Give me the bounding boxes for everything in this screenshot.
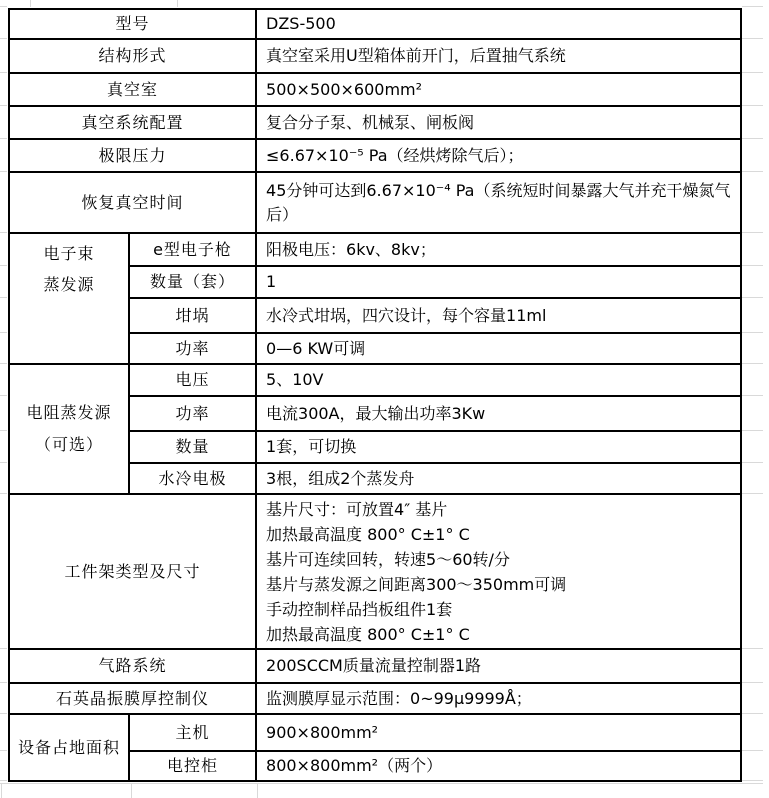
row-recovery-time: 恢复真空时间 45分钟可达到6.67×10⁻⁴ Pa（系统短时间暴露大气并充干燥…	[9, 172, 741, 233]
model-value: DZS-500	[256, 9, 741, 39]
resistance-electrode-label: 水冷电极	[129, 463, 256, 494]
ebeam-group-label-line1: 电子束	[11, 238, 127, 269]
resistance-source-group-label: 电阻蒸发源 （可选）	[9, 364, 129, 494]
gridline-stub	[742, 38, 763, 39]
workholder-value: 基片尺寸：可放置4″ 基片 加热最高温度 800° C±1° C 基片可连续回转…	[256, 494, 741, 649]
gridline-stub	[742, 363, 763, 364]
ebeam-crucible-label: 坩埚	[129, 298, 256, 333]
recovery-time-label: 恢复真空时间	[9, 172, 256, 233]
gridline-stub	[0, 363, 7, 364]
gridline-stub	[742, 297, 763, 298]
ultimate-pressure-value: ≤6.67×10⁻⁵ Pa（经烘烤除气后）；	[256, 139, 741, 172]
gridline-stub	[742, 72, 763, 73]
resistance-power-label: 功率	[129, 396, 256, 431]
gridline-stub	[0, 6, 7, 7]
ultimate-pressure-label: 极限压力	[9, 139, 256, 172]
resistance-voltage-label: 电压	[129, 364, 256, 396]
ebeam-power-value: 0—6 KW可调	[256, 333, 741, 364]
gridline-stub	[742, 682, 763, 683]
thickness-monitor-value: 监测膜厚显示范围：0~99μ9999Å；	[256, 683, 741, 714]
row-ultimate-pressure: 极限压力 ≤6.67×10⁻⁵ Pa（经烘烤除气后）；	[9, 139, 741, 172]
chamber-value: 500×500×600mm²	[256, 73, 741, 106]
gridline-stub	[742, 171, 763, 172]
gridline-stub	[0, 750, 7, 751]
gridline-stub	[742, 265, 763, 266]
recovery-time-value: 45分钟可达到6.67×10⁻⁴ Pa（系统短时间暴露大气并充干燥氮气后）	[256, 172, 741, 233]
gridline-stub	[0, 138, 7, 139]
gridline-stub	[742, 750, 763, 751]
gridline-stub	[0, 462, 7, 463]
gridline-stub	[177, 0, 178, 7]
gridline-stub	[0, 648, 7, 649]
workholder-line-6: 加热最高温度 800° C±1° C	[266, 622, 731, 647]
gas-system-label: 气路系统	[9, 649, 256, 683]
gridline-stub	[131, 783, 132, 798]
gridline-stub	[0, 265, 7, 266]
resistance-group-label-line1: 电阻蒸发源	[11, 397, 127, 429]
gridline-stub	[0, 297, 7, 298]
workholder-line-4: 基片与蒸发源之间距离300～350mm可调	[266, 572, 731, 597]
resistance-quantity-label: 数量	[129, 431, 256, 463]
spec-table: 型号 DZS-500 结构形式 真空室采用U型箱体前开门，后置抽气系统 真空室 …	[8, 8, 742, 782]
footprint-group-label: 设备占地面积	[9, 714, 129, 781]
gridline-stub	[742, 780, 763, 781]
row-resistance-voltage: 电阻蒸发源 （可选） 电压 5、10V	[9, 364, 741, 396]
workholder-label: 工件架类型及尺寸	[9, 494, 256, 649]
thickness-monitor-label: 石英晶振膜厚控制仪	[9, 683, 256, 714]
gridline-stub	[0, 38, 7, 39]
workholder-line-3: 基片可连续回转，转速5～60转/分	[266, 547, 731, 572]
gridline-stub	[30, 0, 31, 7]
gridline-stub	[0, 783, 763, 784]
gridline-stub	[742, 713, 763, 714]
resistance-group-label-line2: （可选）	[11, 429, 127, 461]
footprint-host-value: 900×800mm²	[256, 714, 741, 751]
ebeam-gun-value: 阳极电压：6kv、8kv；	[256, 233, 741, 266]
ebeam-quantity-label: 数量（套）	[129, 266, 256, 298]
gridline-stub	[742, 105, 763, 106]
resistance-electrode-value: 3根，组成2个蒸发舟	[256, 463, 741, 494]
gridline-stub	[0, 332, 7, 333]
gridline-stub	[742, 232, 763, 233]
gridline-stub	[257, 783, 258, 798]
structure-value: 真空室采用U型箱体前开门，后置抽气系统	[256, 39, 741, 73]
gridline-stub	[0, 72, 7, 73]
chamber-label: 真空室	[9, 73, 256, 106]
gridline-stub	[742, 138, 763, 139]
gridline-stub	[742, 648, 763, 649]
row-workholder: 工件架类型及尺寸 基片尺寸：可放置4″ 基片 加热最高温度 800° C±1° …	[9, 494, 741, 649]
ebeam-gun-label: e型电子枪	[129, 233, 256, 266]
ebeam-source-group-label: 电子束 蒸发源	[9, 233, 129, 364]
workholder-line-5: 手动控制样品挡板组件1套	[266, 597, 731, 622]
gridline-stub	[0, 780, 7, 781]
gridline-stub	[0, 493, 7, 494]
row-vacuum-system: 真空系统配置 复合分子泵、机械泵、闸板阀	[9, 106, 741, 139]
gridline-stub	[0, 395, 7, 396]
model-label: 型号	[9, 9, 256, 39]
gridline-stub	[742, 6, 763, 7]
vacuum-system-label: 真空系统配置	[9, 106, 256, 139]
resistance-power-value: 电流300A，最大输出功率3Kw	[256, 396, 741, 431]
row-chamber: 真空室 500×500×600mm²	[9, 73, 741, 106]
ebeam-power-label: 功率	[129, 333, 256, 364]
gridline-stub	[742, 430, 763, 431]
structure-label: 结构形式	[9, 39, 256, 73]
spreadsheet-canvas: 型号 DZS-500 结构形式 真空室采用U型箱体前开门，后置抽气系统 真空室 …	[0, 0, 769, 798]
footprint-cabinet-label: 电控柜	[129, 751, 256, 781]
footprint-host-label: 主机	[129, 714, 256, 751]
row-ebeam-gun: 电子束 蒸发源 e型电子枪 阳极电压：6kv、8kv；	[9, 233, 741, 266]
vacuum-system-value: 复合分子泵、机械泵、闸板阀	[256, 106, 741, 139]
gridline-stub	[742, 493, 763, 494]
row-structure: 结构形式 真空室采用U型箱体前开门，后置抽气系统	[9, 39, 741, 73]
gridline-stub	[0, 713, 7, 714]
gridline-stub	[0, 682, 7, 683]
ebeam-group-label-line2: 蒸发源	[11, 269, 127, 300]
gridline-stub	[742, 462, 763, 463]
gridline-stub	[0, 430, 7, 431]
gridline-stub	[742, 395, 763, 396]
row-footprint-host: 设备占地面积 主机 900×800mm²	[9, 714, 741, 751]
resistance-voltage-value: 5、10V	[256, 364, 741, 396]
gridline-stub	[742, 332, 763, 333]
gridline-stub	[1, 783, 2, 798]
gridline-stub	[0, 232, 7, 233]
row-model: 型号 DZS-500	[9, 9, 741, 39]
ebeam-crucible-value: 水冷式坩埚，四穴设计，每个容量11ml	[256, 298, 741, 333]
workholder-line-2: 加热最高温度 800° C±1° C	[266, 522, 731, 547]
resistance-quantity-value: 1套，可切换	[256, 431, 741, 463]
row-thickness-monitor: 石英晶振膜厚控制仪 监测膜厚显示范围：0~99μ9999Å；	[9, 683, 741, 714]
ebeam-quantity-value: 1	[256, 266, 741, 298]
workholder-line-1: 基片尺寸：可放置4″ 基片	[266, 497, 731, 522]
row-gas-system: 气路系统 200SCCM质量流量控制器1路	[9, 649, 741, 683]
gridline-stub	[0, 171, 7, 172]
gas-system-value: 200SCCM质量流量控制器1路	[256, 649, 741, 683]
gridline-stub	[0, 105, 7, 106]
footprint-cabinet-value: 800×800mm²（两个）	[256, 751, 741, 781]
